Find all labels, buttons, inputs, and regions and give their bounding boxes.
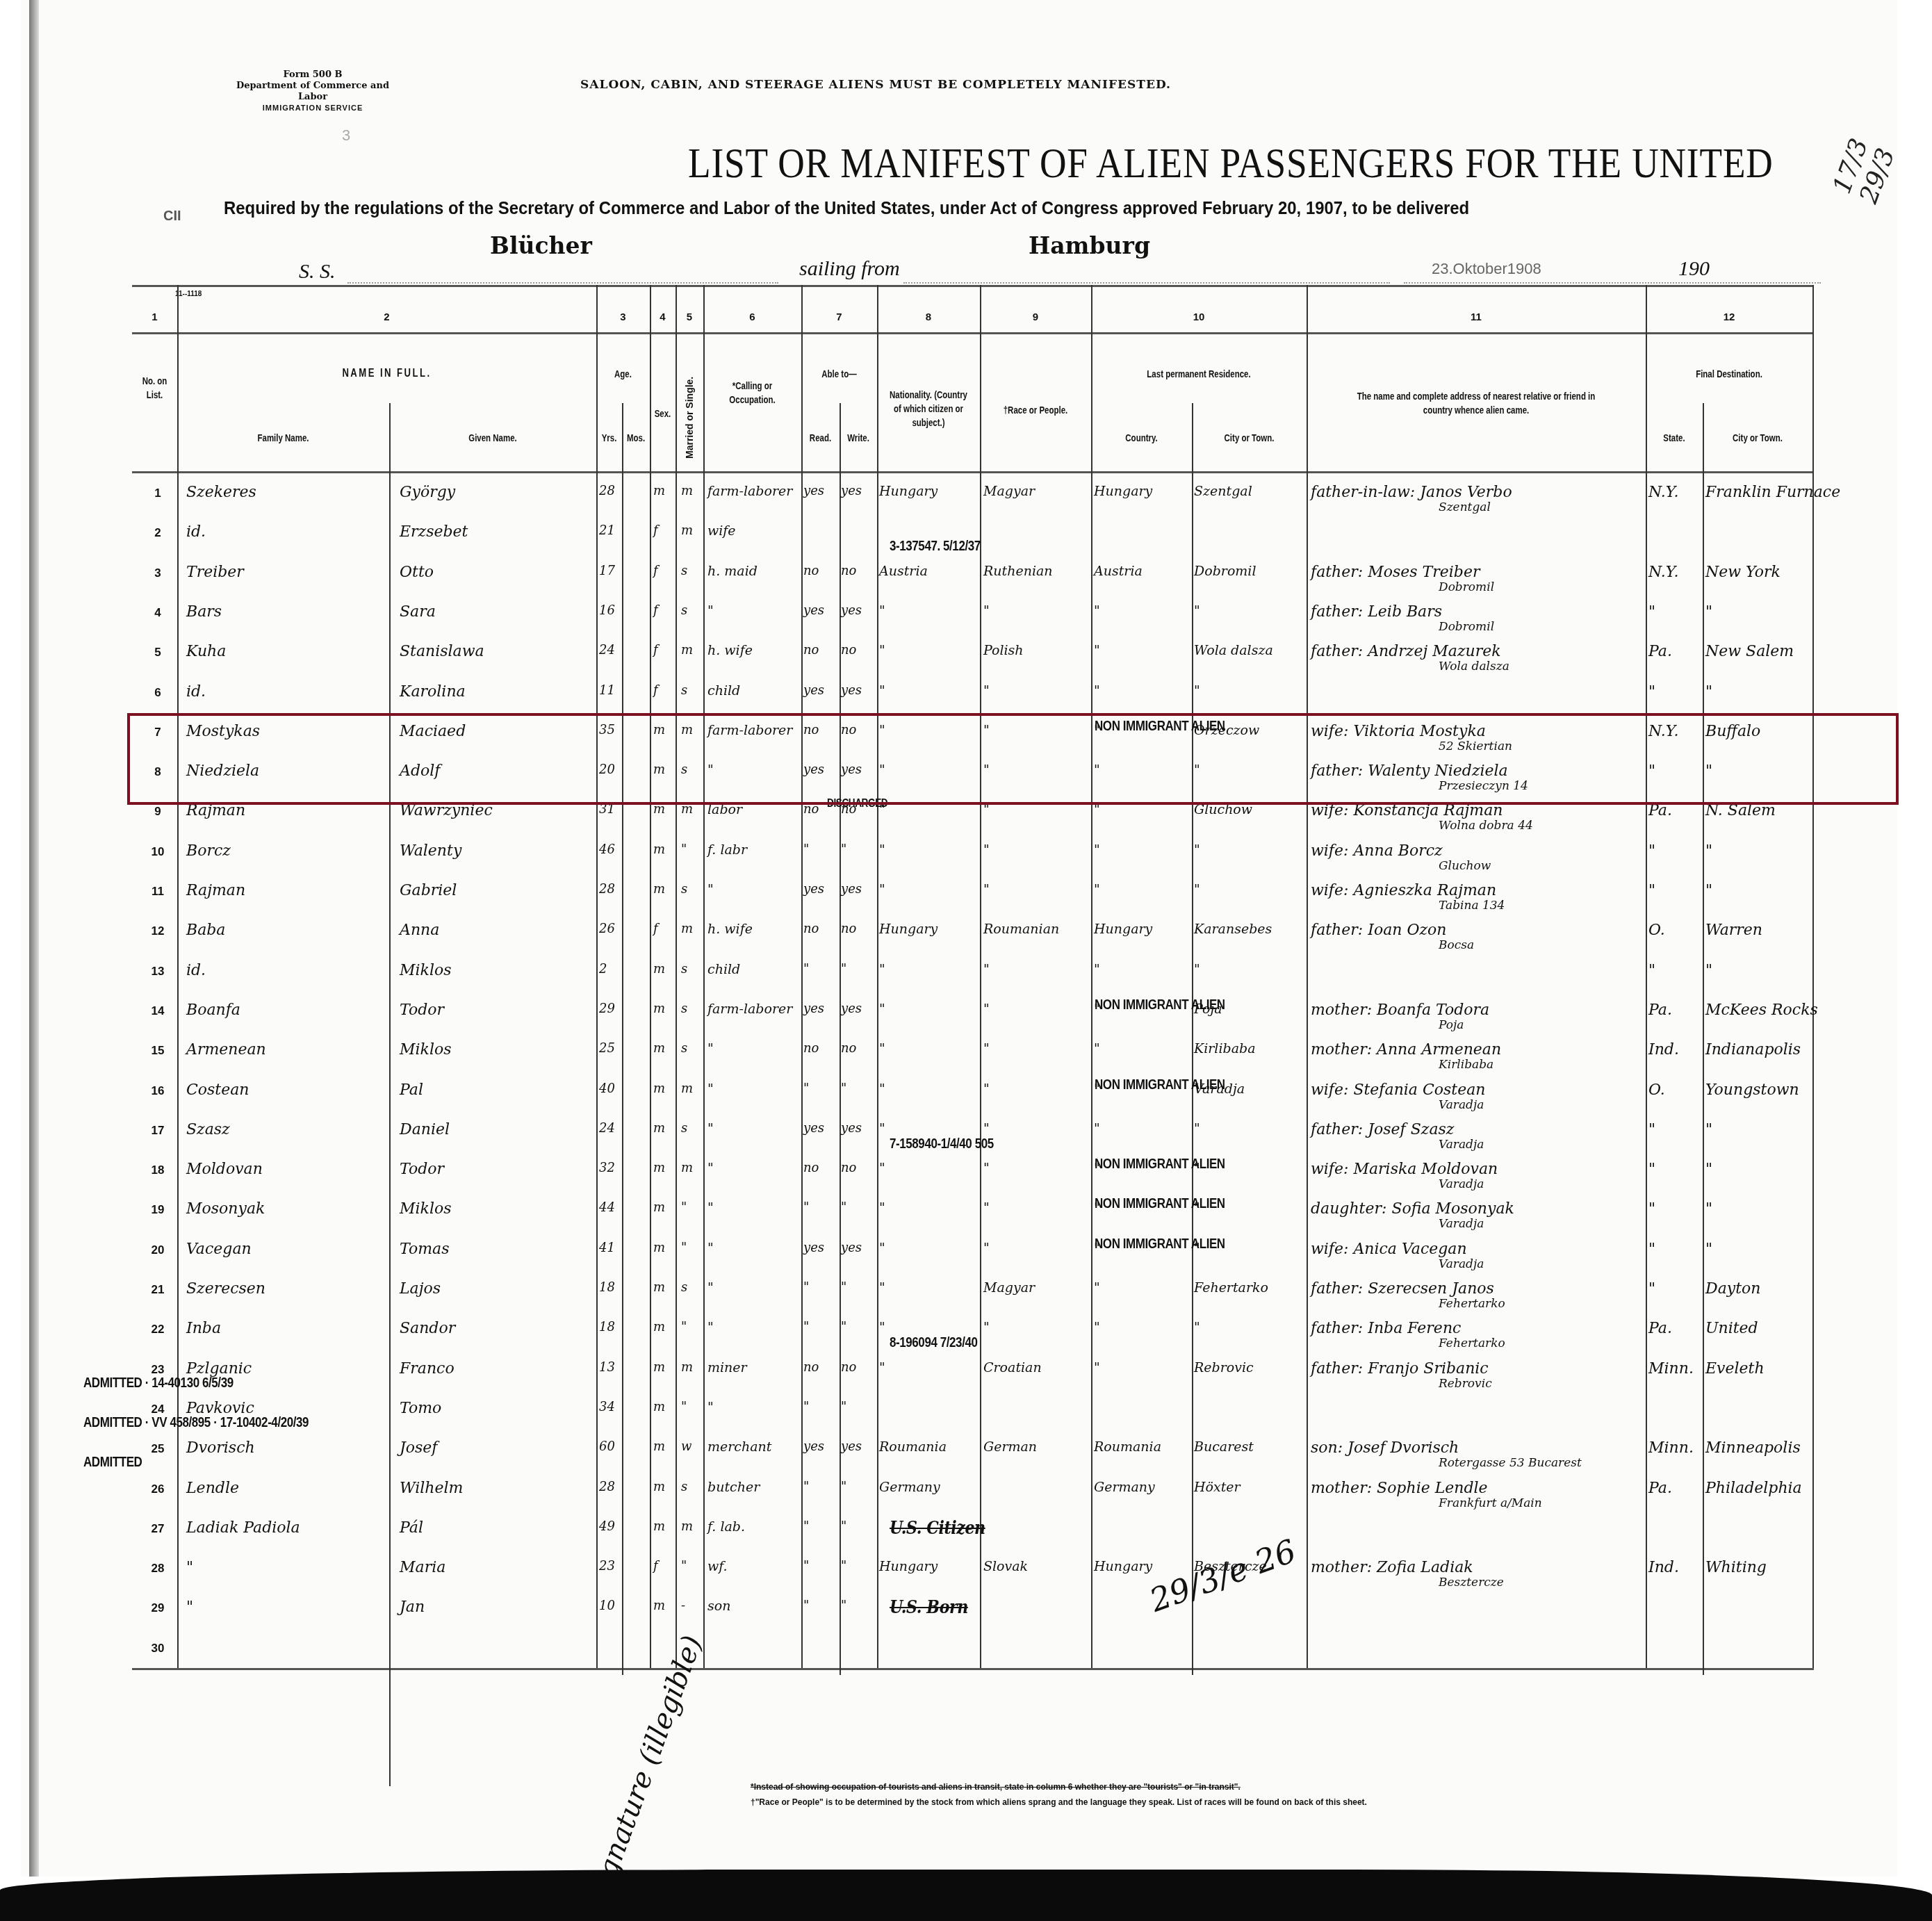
row-number: 11 (132, 885, 183, 899)
cell-nationality: " (879, 962, 885, 977)
header-nationality: Nationality. (Country of which citizen o… (886, 388, 970, 430)
cell-occupation: " (707, 1200, 714, 1216)
cell-given: Lajos (400, 1280, 441, 1298)
cell-race: " (983, 1241, 990, 1256)
cell-relative: wife: Anna Borcz (1311, 842, 1443, 860)
cell-read: " (803, 1081, 809, 1096)
cell-relative: father: Szerecsen Janos (1311, 1280, 1494, 1298)
column-number: 1 (132, 311, 177, 323)
cell-age: 17 (599, 564, 615, 578)
cell-state: " (1648, 1241, 1655, 1258)
cell-given: Pál (400, 1519, 423, 1537)
cell-race: Croatian (983, 1360, 1042, 1375)
cell-city: Wola dalsza (1194, 643, 1273, 658)
cell-sex: f (653, 643, 658, 657)
cell-sex: f (653, 1559, 658, 1573)
table-row: 15ArmeneanMiklos25ms"nono"""Kirlibabamot… (132, 1036, 1814, 1076)
cell-country: " (1094, 962, 1100, 977)
cell-family: Boanfa (186, 1002, 240, 1019)
cell-sex: m (653, 1121, 665, 1136)
cell-relative-address: Frankfurt a/Main (1439, 1496, 1542, 1510)
cell-sex: m (653, 1002, 665, 1016)
cell-race: Magyar (983, 484, 1035, 499)
table-row: 2id.Erzsebet21fmwife3-137547. 5/12/37 (132, 518, 1814, 558)
cell-country: Hungary (1094, 1559, 1152, 1574)
cell-given: Josef (400, 1439, 438, 1457)
cell-race: Polish (983, 643, 1024, 658)
cell-dest: Philadelphia (1705, 1480, 1802, 1497)
cell-write: " (841, 1400, 846, 1414)
cell-ms: s (681, 1121, 687, 1136)
cell-state: N.Y. (1648, 564, 1679, 581)
cell-state: Ind. (1648, 1041, 1679, 1058)
cell-ms: s (681, 962, 687, 976)
cell-relative-address: Besztercze (1439, 1576, 1504, 1589)
cell-age: 18 (599, 1320, 615, 1334)
cell-read: yes (803, 683, 824, 698)
cell-write: " (841, 1280, 846, 1295)
header-age: Age. (601, 367, 645, 381)
date-stamp: 23.Oktober1908 (1432, 260, 1541, 278)
side-mark: CII (163, 209, 181, 224)
row-annotation: U.S. Citizen (890, 1518, 985, 1539)
cell-write: no (841, 1161, 856, 1175)
cell-relative: father: Ioan Ozon (1311, 922, 1446, 939)
header-read: Read. (805, 431, 836, 445)
cell-given: Gabriel (400, 882, 457, 899)
cell-given: Tomo (400, 1400, 441, 1417)
cell-race: " (983, 683, 990, 698)
sailing-label: sailing from (799, 257, 900, 281)
cell-city: " (1194, 1320, 1200, 1335)
cell-relative: mother: Anna Armenean (1311, 1041, 1501, 1058)
cell-ms: s (681, 603, 687, 618)
cell-dest: " (1705, 1161, 1712, 1178)
cell-given: Todor (400, 1002, 444, 1019)
cell-given: Miklos (400, 1041, 451, 1058)
cell-ms: m (681, 643, 693, 657)
cell-age: 46 (599, 842, 615, 857)
cell-sex: f (653, 564, 658, 578)
cell-sex: m (653, 1041, 665, 1056)
cell-ms: m (681, 922, 693, 936)
cell-country: " (1094, 1360, 1100, 1375)
cell-sex: m (653, 1439, 665, 1454)
row-number: 13 (132, 965, 183, 979)
header-nearest-relative: The name and complete address of nearest… (1343, 389, 1610, 417)
cell-write: yes (841, 603, 862, 618)
cell-state: Pa. (1648, 1320, 1672, 1337)
cell-read: " (803, 1200, 809, 1215)
cell-relative: mother: Sophie Lendle (1311, 1480, 1488, 1497)
cell-relative: father-in-law: Janos Verbo (1311, 484, 1512, 501)
cell-family: id. (186, 523, 206, 541)
cell-occupation: " (707, 1241, 714, 1256)
column-number: 7 (801, 311, 877, 323)
cell-state: " (1648, 882, 1655, 899)
cell-relative: father: Moses Treiber (1311, 564, 1480, 581)
cell-city: Dobromil (1194, 564, 1256, 579)
cell-ms: m (681, 1519, 693, 1534)
cell-state: O. (1648, 922, 1665, 939)
cell-country: " (1094, 1280, 1100, 1295)
cell-occupation: merchant (707, 1439, 771, 1455)
cell-given: Otto (400, 564, 434, 581)
table-row: 1SzekeresGyörgy28mmfarm-laboreryesyesHun… (132, 478, 1814, 518)
row-annotation: ADMITTED · VV 458/895 · 17-10402-4/20/39 (83, 1415, 309, 1431)
cell-sex: m (653, 882, 665, 897)
cell-city: " (1194, 683, 1200, 698)
cell-ms: m (681, 484, 693, 498)
cell-dest: Youngstown (1705, 1081, 1799, 1099)
highlighted-rows (127, 713, 1899, 805)
cell-relative-address: Poja (1439, 1018, 1464, 1032)
cell-family: Rajman (186, 882, 245, 899)
cell-country: " (1094, 603, 1100, 619)
row-number: 15 (132, 1044, 183, 1058)
cell-race: " (983, 1121, 990, 1136)
cell-relative-address: Bocsa (1439, 938, 1474, 952)
row-number: 29 (132, 1601, 183, 1615)
cell-race: Ruthenian (983, 564, 1053, 579)
cell-nationality: " (879, 1041, 885, 1056)
cell-state: Ind. (1648, 1559, 1679, 1576)
table-row: 12BabaAnna26fmh. wifenonoHungaryRoumania… (132, 916, 1814, 956)
cell-given: Pal (400, 1081, 423, 1099)
table-row: 28"Maria23f"wf.""HungarySlovakHungaryBes… (132, 1553, 1814, 1594)
cell-occupation: " (707, 882, 714, 897)
cell-country: " (1094, 1121, 1100, 1136)
cell-ms: s (681, 882, 687, 897)
cell-race: " (983, 1081, 990, 1097)
cell-nationality: " (879, 1280, 885, 1295)
cell-dest: Minneapolis (1705, 1439, 1801, 1457)
cell-relative-address: Kirlibaba (1439, 1058, 1493, 1072)
cell-race: Slovak (983, 1559, 1028, 1574)
cell-age: 23 (599, 1559, 615, 1573)
cell-city: " (1194, 842, 1200, 858)
cell-relative: mother: Zofia Ladiak (1311, 1559, 1473, 1576)
table-row: 6id.Karolina11fschildyesyes"""""" (132, 678, 1814, 718)
cell-read: no (803, 922, 819, 936)
cell-occupation: " (707, 1400, 714, 1415)
scan-shadow (0, 1870, 1932, 1921)
cell-dest: " (1705, 1241, 1712, 1258)
cell-country: Hungary (1094, 484, 1152, 499)
cell-relative: wife: Konstancja Rajman (1311, 802, 1503, 819)
cell-read: " (803, 842, 809, 857)
cell-relative-address: Dobromil (1439, 580, 1494, 594)
column-number: 3 (596, 311, 650, 323)
service: IMMIGRATION SERVICE (222, 103, 403, 114)
cell-city: Szentgal (1194, 484, 1252, 499)
table-row: 11RajmanGabriel28ms"yesyes""""wife: Agni… (132, 876, 1814, 917)
cell-relative-address: Varadja (1439, 1138, 1484, 1152)
cell-write: no (841, 922, 856, 936)
cell-city: Höxter (1194, 1480, 1241, 1495)
column-number: 4 (650, 311, 676, 323)
cell-city: Fehertarko (1194, 1280, 1268, 1295)
cell-read: yes (803, 1002, 824, 1016)
cell-ms: m (681, 1360, 693, 1375)
cell-given: Tomas (400, 1241, 449, 1258)
footnote-occupation: *Instead of showing occupation of touris… (751, 1779, 1367, 1795)
cell-ms: m (681, 523, 693, 538)
cell-dest: New Salem (1705, 643, 1794, 660)
non-immigrant-alien-stamp: NON IMMIGRANT ALIEN (1095, 997, 1225, 1013)
cell-state: " (1648, 1200, 1655, 1218)
ship-info-row: S. S. Blücher sailing from Hamburg 23.Ok… (21, 229, 1897, 285)
cell-nationality: Austria (879, 564, 928, 579)
cell-given: Miklos (400, 1200, 451, 1218)
cell-given: Karolina (400, 683, 466, 701)
cell-read: " (803, 1519, 809, 1534)
row-number: 4 (132, 606, 183, 620)
cell-given: Franco (400, 1360, 455, 1378)
cell-ms: s (681, 1480, 687, 1494)
cell-read: " (803, 1559, 809, 1573)
cell-sex: m (653, 1599, 665, 1613)
cell-occupation: butcher (707, 1480, 760, 1495)
table-row: 27Ladiak PadiolaPál49mmf. lab.""U.S. Cit… (132, 1514, 1814, 1554)
header-calling: *Calling or Occupation. (712, 379, 793, 407)
cell-race: " (983, 1161, 990, 1176)
cell-occupation: f. lab. (707, 1519, 745, 1535)
cell-age: 26 (599, 922, 615, 936)
cell-family: Moldovan (186, 1161, 263, 1178)
table-row: 16CosteanPal40mm""""""Varadjawife: Stefa… (132, 1076, 1814, 1116)
cell-ms: - (681, 1599, 685, 1613)
table-row: 10BorczWalenty46m"f. labr""""""wife: Ann… (132, 837, 1814, 877)
cell-country: " (1094, 1320, 1100, 1335)
table-row: 4BarsSara16fs"yesyes""""father: Leib Bar… (132, 598, 1814, 638)
cell-write: yes (841, 1241, 862, 1255)
cell-sex: m (653, 1241, 665, 1255)
cell-age: 13 (599, 1360, 615, 1375)
table-row: 23PzlganicFranco13mmminernono"Croatian"R… (132, 1355, 1814, 1395)
header-state: State. (1651, 431, 1697, 445)
cell-relative-address: Varadja (1439, 1177, 1484, 1191)
row-number: 24 (132, 1403, 183, 1416)
cell-dest: N. Salem (1705, 802, 1776, 819)
cell-age: 49 (599, 1519, 615, 1534)
cell-city: " (1194, 603, 1200, 619)
cell-read: " (803, 1599, 809, 1613)
cell-nationality: Hungary (879, 484, 938, 499)
cell-race: German (983, 1439, 1037, 1455)
cell-given: Walenty (400, 842, 461, 860)
cell-given: Wawrzyniec (400, 802, 493, 819)
cell-state: O. (1648, 1081, 1665, 1099)
non-immigrant-alien-stamp: NON IMMIGRANT ALIEN (1095, 1077, 1225, 1093)
cell-read: yes (803, 1439, 824, 1454)
column-number: 12 (1646, 311, 1812, 323)
cell-nationality: " (879, 1002, 885, 1017)
table-row: 21SzerecsenLajos18ms""""Magyar"Fehertark… (132, 1275, 1814, 1315)
cell-family: Szasz (186, 1121, 230, 1138)
cell-given: Jan (400, 1599, 425, 1616)
cell-family: Lendle (186, 1480, 239, 1497)
table-row: 13id.Miklos2mschild"""""""" (132, 956, 1814, 997)
cell-sex: m (653, 484, 665, 498)
cell-occupation: " (707, 1320, 714, 1335)
cell-race: " (983, 842, 990, 858)
cell-country: Austria (1094, 564, 1143, 579)
cell-race: " (983, 603, 990, 619)
cell-nationality: " (879, 643, 885, 658)
cell-family: Mosonyak (186, 1200, 265, 1218)
footnote-race: †"Race or People" is to be determined by… (751, 1795, 1367, 1810)
cell-state: " (1648, 842, 1655, 860)
cell-occupation: h. maid (707, 564, 758, 579)
cell-age: 60 (599, 1439, 615, 1454)
cell-occupation: " (707, 1081, 714, 1097)
cell-occupation: h. wife (707, 922, 753, 937)
cell-sex: f (653, 683, 658, 698)
cell-sex: m (653, 1480, 665, 1494)
cell-given: Daniel (400, 1121, 450, 1138)
cell-relative-address: Gluchow (1439, 859, 1491, 873)
column-number: 9 (980, 311, 1091, 323)
cell-country: " (1094, 683, 1100, 698)
table-row: 17SzaszDaniel24ms"yesyes""""father: Jose… (132, 1115, 1814, 1156)
row-number: 18 (132, 1163, 183, 1177)
cell-nationality: " (879, 842, 885, 858)
cell-occupation: child (707, 683, 740, 698)
cell-dest: " (1705, 1121, 1712, 1138)
row-number: 16 (132, 1084, 183, 1098)
cell-ms: " (681, 1559, 687, 1573)
cell-age: 18 (599, 1280, 615, 1295)
cell-write: " (841, 1081, 846, 1096)
cell-ms: " (681, 1400, 687, 1414)
cell-relative-address: Dobromil (1439, 620, 1494, 634)
cell-sex: m (653, 1161, 665, 1175)
cell-write: yes (841, 1439, 862, 1454)
cell-occupation: h. wife (707, 643, 753, 658)
cell-relative: mother: Boanfa Todora (1311, 1002, 1489, 1019)
cell-occupation: " (707, 1041, 714, 1056)
header-final-destination: Final Destination. (1661, 367, 1798, 381)
cell-occupation: " (707, 603, 714, 619)
cell-nationality: Hungary (879, 1559, 938, 1574)
cell-occupation: " (707, 1161, 714, 1176)
cell-family: Costean (186, 1081, 249, 1099)
cell-relative: daughter: Sofia Mosonyak (1311, 1200, 1514, 1218)
cell-occupation: wife (707, 523, 736, 539)
header-no-on-list: No. on List. (136, 374, 173, 402)
cell-read: " (803, 1280, 809, 1295)
row-number: 23 (132, 1363, 183, 1377)
cell-age: 24 (599, 643, 615, 657)
table-row: 22InbaSandor18m""""""""father: Inba Fere… (132, 1314, 1814, 1355)
header-family-name: Family Name. (196, 431, 370, 445)
cell-dest: Warren (1705, 922, 1762, 939)
cell-relative: wife: Stefania Costean (1311, 1081, 1485, 1099)
cell-relative-address: Fehertarko (1439, 1336, 1505, 1350)
cell-nationality: " (879, 603, 885, 619)
cell-write: yes (841, 1002, 862, 1016)
cell-state: " (1648, 1161, 1655, 1178)
cell-relative: wife: Mariska Moldovan (1311, 1161, 1498, 1178)
cell-nationality: " (879, 1161, 885, 1176)
row-number: 14 (132, 1004, 183, 1018)
cell-sex: m (653, 842, 665, 857)
cell-write: " (841, 1519, 846, 1534)
cell-given: Sara (400, 603, 436, 621)
cell-age: 10 (599, 1599, 615, 1613)
header-given-name: Given Name. (408, 431, 578, 445)
column-number: 2 (177, 311, 596, 323)
cell-age: 2 (599, 962, 607, 976)
cell-nationality: Roumania (879, 1439, 947, 1455)
cell-dest: " (1705, 962, 1712, 979)
cell-ms: m (681, 1161, 693, 1175)
cell-family: Kuha (186, 643, 226, 660)
cell-state: " (1648, 962, 1655, 979)
cell-read: yes (803, 484, 824, 498)
cell-nationality: " (879, 1081, 885, 1097)
cell-relative-address: Tabina 134 (1439, 899, 1505, 913)
cell-family: id. (186, 683, 206, 701)
row-number: 5 (132, 646, 183, 660)
cell-state: Pa. (1648, 643, 1672, 660)
cell-dest: " (1705, 603, 1712, 621)
row-number: 20 (132, 1243, 183, 1257)
cell-family: id. (186, 962, 206, 979)
cell-city: Rebrovic (1194, 1360, 1254, 1375)
row-annotation: ADMITTED (83, 1455, 142, 1471)
form-identifier: Form 500 B Department of Commerce and La… (222, 70, 403, 114)
cell-nationality: " (879, 1121, 885, 1136)
cell-country: " (1094, 882, 1100, 897)
cell-occupation: wf. (707, 1559, 728, 1574)
cell-dest: " (1705, 683, 1712, 701)
cell-age: 11 (599, 683, 615, 698)
cell-occupation: son (707, 1599, 730, 1614)
cell-country: Roumania (1094, 1439, 1161, 1455)
cell-ms: " (681, 1241, 687, 1255)
cell-write: " (841, 1480, 846, 1494)
cell-family: Treiber (186, 564, 244, 581)
manifest-table: 11--1118 1 2 3 4 5 6 7 8 9 10 11 (132, 285, 1814, 1675)
cell-relative-address: Szentgal (1439, 500, 1491, 514)
cell-ms: m (681, 1081, 693, 1096)
table-row: 29"Jan10m-son""U.S. Born (132, 1593, 1814, 1633)
form-code: 11--1118 (175, 291, 202, 298)
cell-relative: father: Inba Ferenc (1311, 1320, 1461, 1337)
cell-given: Sandor (400, 1320, 455, 1337)
cell-race: " (983, 1041, 990, 1056)
cell-write: no (841, 564, 856, 578)
cell-given: Todor (400, 1161, 444, 1178)
row-number: 2 (132, 526, 183, 540)
cell-relative-address: Varadja (1439, 1257, 1484, 1271)
manifest-banner: SALOON, CABIN, AND STEERAGE ALIENS MUST … (580, 78, 1171, 92)
table-row: 5KuhaStanislawa24fmh. wifenono"Polish"Wo… (132, 637, 1814, 678)
non-immigrant-alien-stamp: NON IMMIGRANT ALIEN (1095, 1236, 1225, 1252)
cell-read: " (803, 1400, 809, 1414)
cell-age: 21 (599, 523, 615, 538)
cell-ms: s (681, 1041, 687, 1056)
cell-state: Pa. (1648, 1002, 1672, 1019)
cell-given: Anna (400, 922, 439, 939)
cell-family: Vacegan (186, 1241, 252, 1258)
cell-age: 28 (599, 1480, 615, 1494)
header-name-in-full: NAME IN FULL. (215, 367, 558, 381)
cell-relative-address: Varadja (1439, 1098, 1484, 1112)
cell-race: " (983, 1200, 990, 1216)
